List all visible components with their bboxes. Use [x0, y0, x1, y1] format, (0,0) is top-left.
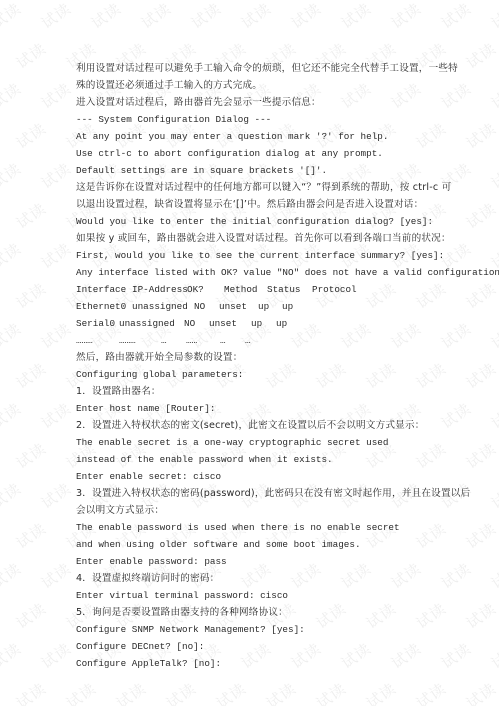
table-cell: up	[258, 298, 282, 315]
step-heading: 2．设置进入特权状态的密文(secret)，此密文在设置以后不会以明文方式显示：	[76, 417, 436, 434]
console-line: instead of the enable password when it e…	[76, 451, 436, 468]
watermark-text: 试读	[12, 518, 50, 554]
step-heading: 5．询问是否要设置路由器支持的各种网络协议：	[76, 604, 436, 621]
watermark-text: 试读	[462, 358, 499, 394]
console-line: First, would you like to see the current…	[76, 247, 436, 264]
watermark-text: 试读	[212, 678, 250, 706]
watermark-text: 试读	[337, 0, 375, 33]
intro-section: 利用设置对话过程可以避免手工输入命令的烦琐，但它还不能完全代替手工设置，一些特 …	[76, 60, 436, 281]
document-page: 利用设置对话过程可以避免手工输入命令的烦琐，但它还不能完全代替手工设置，一些特 …	[76, 60, 436, 672]
watermark-text: 试读	[437, 318, 475, 354]
watermark-text: 试读	[37, 638, 75, 674]
paragraph-line: 然后，路由器就开始全局参数的设置：	[76, 349, 436, 366]
table-cell: Ethernet0	[76, 298, 132, 315]
watermark-text: 试读	[0, 558, 25, 594]
watermark-text: 试读	[162, 678, 200, 706]
table-cell: …	[161, 332, 186, 349]
console-line: Configure DECnet? [no]:	[76, 638, 436, 655]
table-cell: ………	[76, 332, 119, 349]
table-header-cell: OK?	[187, 281, 224, 298]
watermark-text: 试读	[487, 398, 499, 434]
watermark-text: 试读	[37, 558, 75, 594]
watermark-text: 试读	[487, 478, 499, 514]
paragraph-line: 以退出设置过程，缺省设置将显示在‘[]’中。然后路由器会问是否进入设置对话：	[76, 196, 436, 213]
table-cell: unassigned	[132, 298, 194, 315]
paragraph-line: 如果按 y 或回车，路由器就会进入设置对话过程。首先你可以看到各端口当前的状况：	[76, 230, 436, 247]
watermark-text: 试读	[12, 38, 50, 74]
watermark-text: 试读	[437, 78, 475, 114]
watermark-text: 试读	[487, 0, 499, 33]
watermark-text: 试读	[12, 678, 50, 706]
watermark-text: 试读	[0, 158, 25, 194]
watermark-text: 试读	[12, 198, 50, 234]
watermark-text: 试读	[37, 238, 75, 274]
table-header-cell: Protocol	[312, 281, 362, 298]
table-header-cell: Method	[224, 281, 267, 298]
interface-table: Interface IP-Address OK? Method Status P…	[76, 281, 436, 349]
table-cell: up	[276, 315, 296, 332]
paragraph-line: 殊的设置还必须通过手工输入的方式完成。	[76, 77, 436, 94]
console-line: Enter enable secret: cisco	[76, 468, 436, 485]
watermark-text: 试读	[62, 678, 100, 706]
step-heading: 1．设置路由器名：	[76, 383, 436, 400]
watermark-text: 试读	[437, 0, 475, 33]
watermark-text: 试读	[437, 398, 475, 434]
watermark-text: 试读	[0, 478, 25, 514]
watermark-text: 试读	[137, 0, 175, 33]
watermark-text: 试读	[0, 318, 25, 354]
watermark-text: 试读	[237, 0, 275, 33]
console-line: Configure AppleTalk? [no]:	[76, 655, 436, 672]
watermark-text: 试读	[462, 438, 499, 474]
watermark-text: 试读	[487, 318, 499, 354]
table-row: Ethernet0 unassigned NO unset up up	[76, 298, 436, 315]
watermark-text: 试读	[462, 38, 499, 74]
console-line: Would you like to enter the initial conf…	[76, 213, 436, 230]
watermark-text: 试读	[462, 518, 499, 554]
watermark-text: 试读	[462, 198, 499, 234]
watermark-text: 试读	[0, 0, 25, 33]
watermark-text: 试读	[462, 118, 499, 154]
watermark-text: 试读	[12, 438, 50, 474]
watermark-text: 试读	[37, 398, 75, 434]
console-line: Enter virtual terminal password: cisco	[76, 587, 436, 604]
console-line: --- System Configuration Dialog ---	[76, 111, 436, 128]
console-line: Enter enable password: pass	[76, 553, 436, 570]
table-cell: NO	[194, 298, 219, 315]
watermark-text: 试读	[12, 278, 50, 314]
watermark-text: 试读	[37, 0, 75, 33]
global-parameters-section: 然后，路由器就开始全局参数的设置： Configuring global par…	[76, 349, 436, 672]
watermark-text: 试读	[412, 678, 450, 706]
table-cell: unset	[219, 298, 258, 315]
watermark-text: 试读	[287, 0, 325, 33]
step-heading: 3．设置进入特权状态的密码(password)，此密码只在没有密文时起作用，并且…	[76, 485, 436, 502]
paragraph-line: 利用设置对话过程可以避免手工输入命令的烦琐，但它还不能完全代替手工设置，一些特	[76, 60, 436, 77]
step-heading: 4．设置虚拟终端访问时的密码：	[76, 570, 436, 587]
watermark-text: 试读	[487, 638, 499, 674]
watermark-text: 试读	[437, 638, 475, 674]
table-cell: ………	[119, 332, 161, 349]
console-line: At any point you may enter a question ma…	[76, 128, 436, 145]
watermark-text: 试读	[12, 118, 50, 154]
watermark-text: 试读	[437, 558, 475, 594]
console-line: The enable password is used when there i…	[76, 519, 436, 536]
console-line: Use ctrl-c to abort configuration dialog…	[76, 145, 436, 162]
watermark-text: 试读	[0, 238, 25, 274]
watermark-text: 试读	[262, 678, 300, 706]
watermark-text: 试读	[0, 78, 25, 114]
watermark-text: 试读	[312, 678, 350, 706]
watermark-text: 试读	[462, 678, 499, 706]
paragraph-line: 进入设置对话过程后，路由器首先会显示一些提示信息：	[76, 94, 436, 111]
watermark-text: 试读	[487, 158, 499, 194]
table-cell: Serial0	[76, 315, 119, 332]
table-header-cell: Status	[267, 281, 312, 298]
watermark-text: 试读	[0, 398, 25, 434]
table-cell: up	[282, 298, 302, 315]
watermark-text: 试读	[37, 478, 75, 514]
table-cell: ……	[186, 332, 220, 349]
watermark-text: 试读	[12, 598, 50, 634]
table-cell: unset	[209, 315, 251, 332]
watermark-text: 试读	[362, 678, 400, 706]
watermark-text: 试读	[487, 558, 499, 594]
watermark-text: 试读	[387, 0, 425, 33]
console-line: and when using older software and some b…	[76, 536, 436, 553]
table-cell: up	[251, 315, 276, 332]
paragraph-line: 会以明文方式显示：	[76, 502, 436, 519]
paragraph-line: 这是告诉你在设置对话过程中的任何地方都可以键入“？”得到系统的帮助，按 ctrl…	[76, 179, 436, 196]
watermark-text: 试读	[37, 318, 75, 354]
console-line: Configuring global parameters:	[76, 366, 436, 383]
console-line: Any interface listed with OK? value "NO"…	[76, 264, 436, 281]
table-row: ……… ……… … …… … …	[76, 332, 436, 349]
table-cell: unassigned	[119, 315, 184, 332]
watermark-text: 试读	[487, 78, 499, 114]
table-cell: …	[220, 332, 245, 349]
watermark-text: 试读	[462, 278, 499, 314]
watermark-text: 试读	[12, 358, 50, 394]
watermark-text: 试读	[37, 78, 75, 114]
console-line: Configure SNMP Network Management? [yes]…	[76, 621, 436, 638]
watermark-text: 试读	[37, 158, 75, 194]
console-line: Default settings are in square brackets …	[76, 162, 436, 179]
table-header-cell: IP-Address	[132, 281, 187, 298]
table-row: Serial0 unassigned NO unset up up	[76, 315, 436, 332]
watermark-text: 试读	[187, 0, 225, 33]
console-line: The enable secret is a one-way cryptogra…	[76, 434, 436, 451]
table-header-cell: Interface	[76, 281, 132, 298]
watermark-text: 试读	[0, 638, 25, 674]
watermark-text: 试读	[87, 0, 125, 33]
table-cell: …	[245, 332, 265, 349]
watermark-text: 试读	[112, 678, 150, 706]
console-line: Enter host name [Router]:	[76, 400, 436, 417]
table-header-row: Interface IP-Address OK? Method Status P…	[76, 281, 436, 298]
table-cell: NO	[184, 315, 209, 332]
watermark-text: 试读	[462, 598, 499, 634]
